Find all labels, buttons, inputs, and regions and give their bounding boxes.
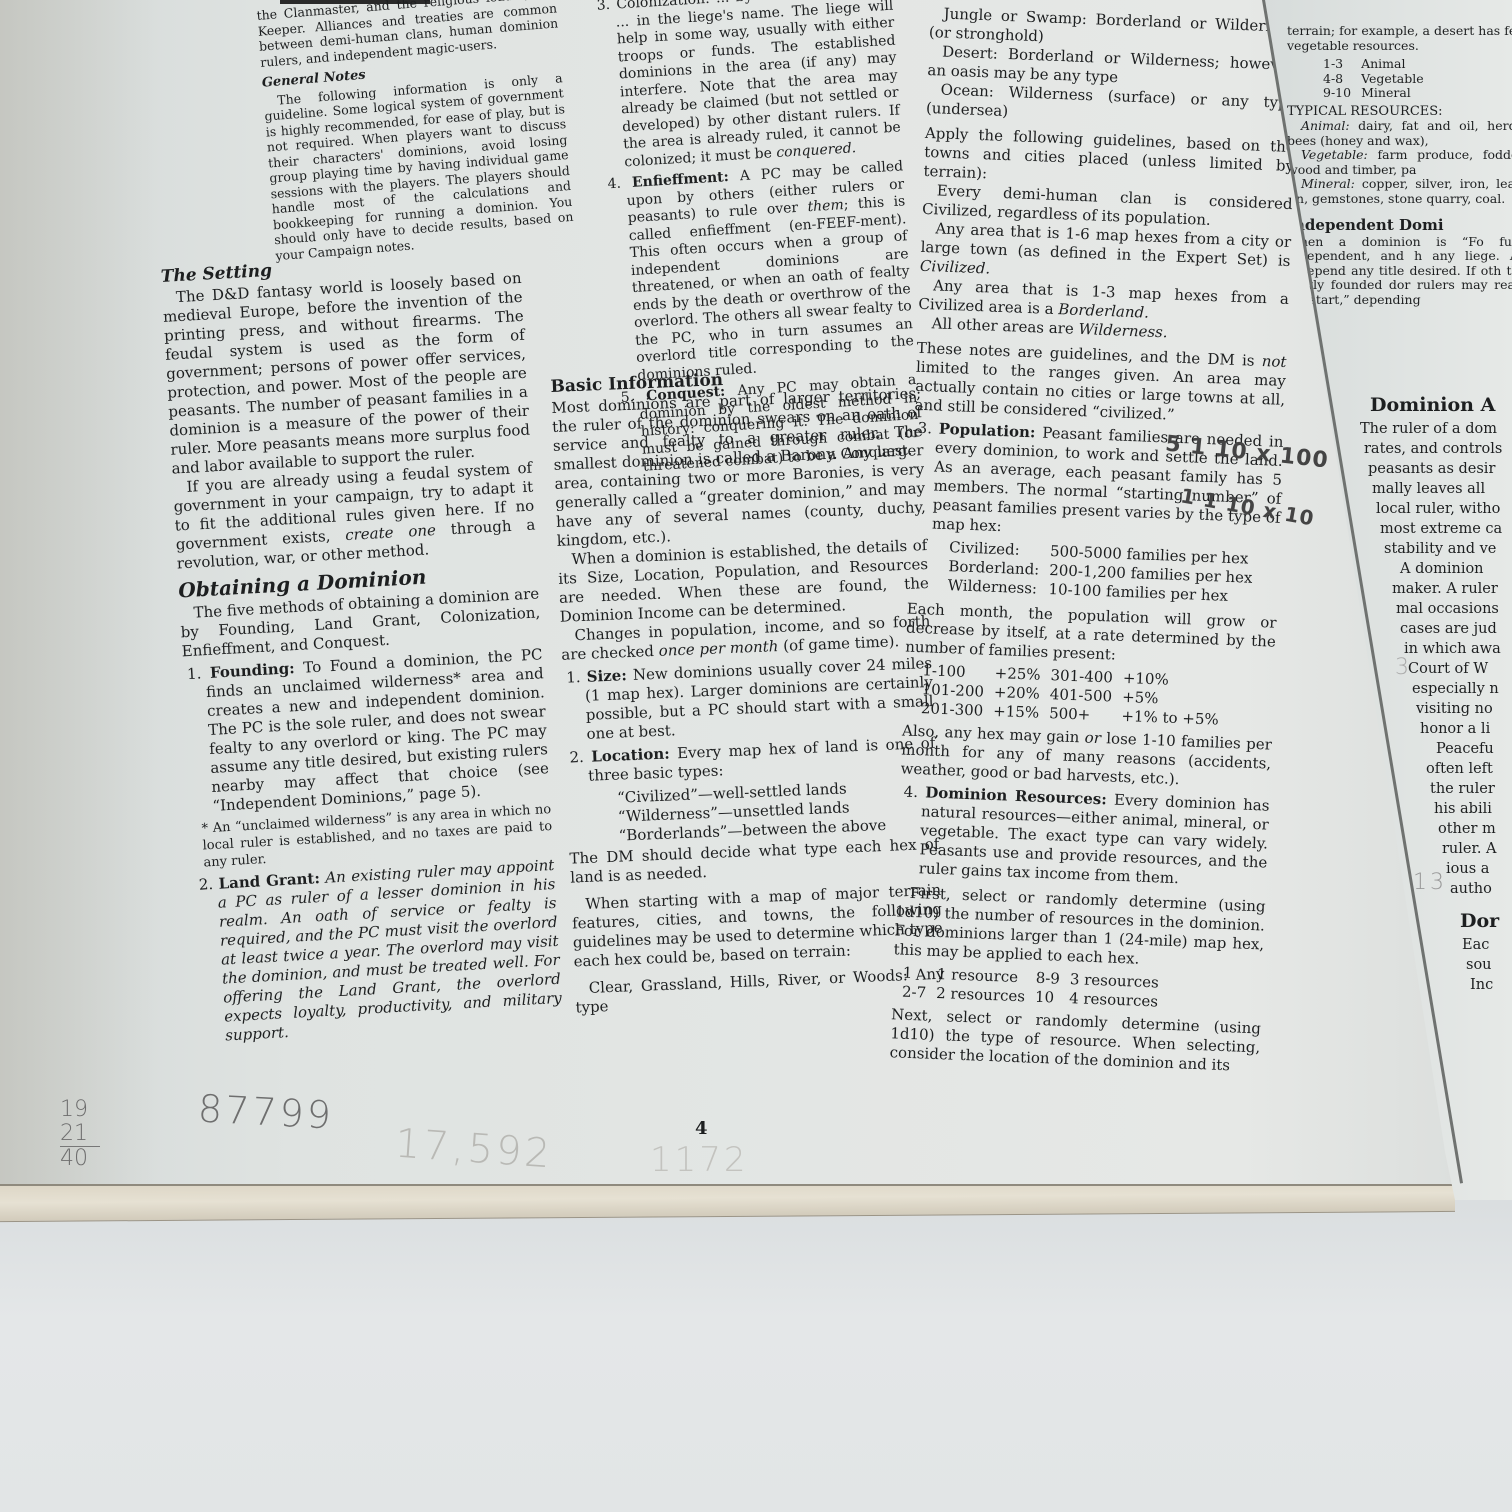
table-row: 1-3Animal	[1323, 57, 1434, 72]
mineral-resources: Mineral: copper, silver, iron, lead, tin…	[1287, 177, 1512, 206]
dominion-administration-heading: Dominion A	[1370, 395, 1512, 415]
animal-resources: Animal: dairy, fat and oil, herds, bees …	[1287, 119, 1512, 148]
setting-paragraph-2: If you are already using a feudal system…	[172, 459, 537, 574]
admin-line: The ruler of a dom	[1360, 419, 1512, 439]
general-notes-paragraph: The following information is only a guid…	[263, 70, 575, 264]
dominion-next-heading: Dor	[1460, 911, 1512, 931]
admin-line: mally leaves all	[1360, 479, 1512, 499]
column-3: Jungle or Swamp: Borderland or Wildernes…	[889, 4, 1299, 1076]
admin-line: especially n	[1360, 679, 1512, 699]
column-1-top: the Clanmaster, and the religious leader…	[256, 0, 575, 263]
table-row: 4-8Vegetable	[1323, 72, 1434, 87]
pencil-margin-3: 3	[1395, 655, 1412, 680]
pencil-margin-13: 13	[1413, 870, 1447, 895]
resources-item: 4. Dominion Resources: Every dominion ha…	[896, 782, 1269, 891]
admin-line: Court of W	[1360, 659, 1512, 679]
terrain-clear-rule: Clear, Grassland, Hills, River, or Woods…	[574, 965, 945, 1018]
admin-line: peasants as desir	[1360, 459, 1512, 479]
basic-paragraph-1: Most dominions are part of larger territ…	[551, 384, 927, 551]
starting-families-table: Civilized:500-5000 families per hex Bord…	[947, 538, 1263, 607]
admin-line: cases are jud	[1360, 619, 1512, 639]
independent-dominions-heading: Independent Domi	[1287, 218, 1512, 233]
admin-line: stability and ve	[1360, 539, 1512, 559]
terrain-intro: When starting with a map of major terrai…	[571, 881, 944, 972]
colonization-item: 3. Colonization: ... by his or her liege…	[592, 0, 902, 173]
page-number: 4	[695, 1118, 708, 1139]
admin-line: A dominion	[1360, 559, 1512, 579]
first-select-text: First, select or randomly determine (usi…	[893, 883, 1266, 973]
admin-line: local ruler, witho	[1360, 499, 1512, 519]
growth-intro: Each month, the population will grow or …	[905, 600, 1277, 671]
typical-resources-heading: TYPICAL RESOURCES:	[1287, 105, 1512, 120]
terrain-continued: terrain; for example, a desert has few v…	[1287, 24, 1512, 53]
next-select-text: Next, select or randomly determine (usin…	[889, 1005, 1261, 1076]
pencil-tally: 19 21 40	[60, 1098, 100, 1171]
pencil-note-87799: 87799	[197, 1086, 335, 1137]
book-page: the Clanmaster, and the religious leader…	[0, 0, 1455, 1186]
resource-count-table: 11 resource8-93 resources 2-72 resources…	[902, 964, 1169, 1012]
admin-line: in which awa	[1360, 639, 1512, 659]
admin-line: most extreme ca	[1360, 519, 1512, 539]
setting-paragraph-1: The D&D fantasy world is loosely based o…	[162, 269, 532, 479]
gain-lose-families: Also, any hex may gain or lose 1-10 fami…	[900, 721, 1272, 792]
vegetable-resources: Vegetable: farm produce, fodder, wood an…	[1287, 148, 1512, 177]
land-grant-item: 2. Land Grant: An existing ruler may app…	[194, 856, 563, 1047]
pencil-note-17592: 17,592	[394, 1121, 555, 1178]
page-shadow	[0, 0, 160, 1184]
column-2: Basic Information Most dominions are par…	[550, 357, 946, 1017]
size-item: 1. Size: New dominions usually cover 24 …	[562, 654, 935, 745]
pencil-note-1172: 1172	[650, 1140, 749, 1180]
independent-dominions-text: When a dominion is “Fo fully independent…	[1287, 235, 1512, 308]
admin-line: rates, and controls	[1360, 439, 1512, 459]
column-4: terrain; for example, a desert has few v…	[1287, 24, 1512, 307]
admin-line: mal occasions	[1360, 599, 1512, 619]
population-growth-table: 1-100+25%301-400+10% 101-200+20%401-500+…	[921, 661, 1231, 730]
founding-item: 1. Founding: To Found a dominion, the PC…	[183, 645, 551, 817]
table-surface	[0, 1190, 1512, 1512]
enfieffment-item: 4. Enfieffment: A PC may be called upon …	[603, 158, 915, 386]
admin-line: maker. A ruler	[1360, 579, 1512, 599]
guidelines-note: These notes are guidelines, and the DM i…	[914, 339, 1287, 429]
table-row: 9-10Mineral	[1323, 86, 1434, 101]
resource-type-table: 1-3Animal 4-8Vegetable 9-10Mineral	[1323, 57, 1434, 101]
column-1: The Setting The D&D fantasy world is loo…	[160, 242, 564, 1051]
